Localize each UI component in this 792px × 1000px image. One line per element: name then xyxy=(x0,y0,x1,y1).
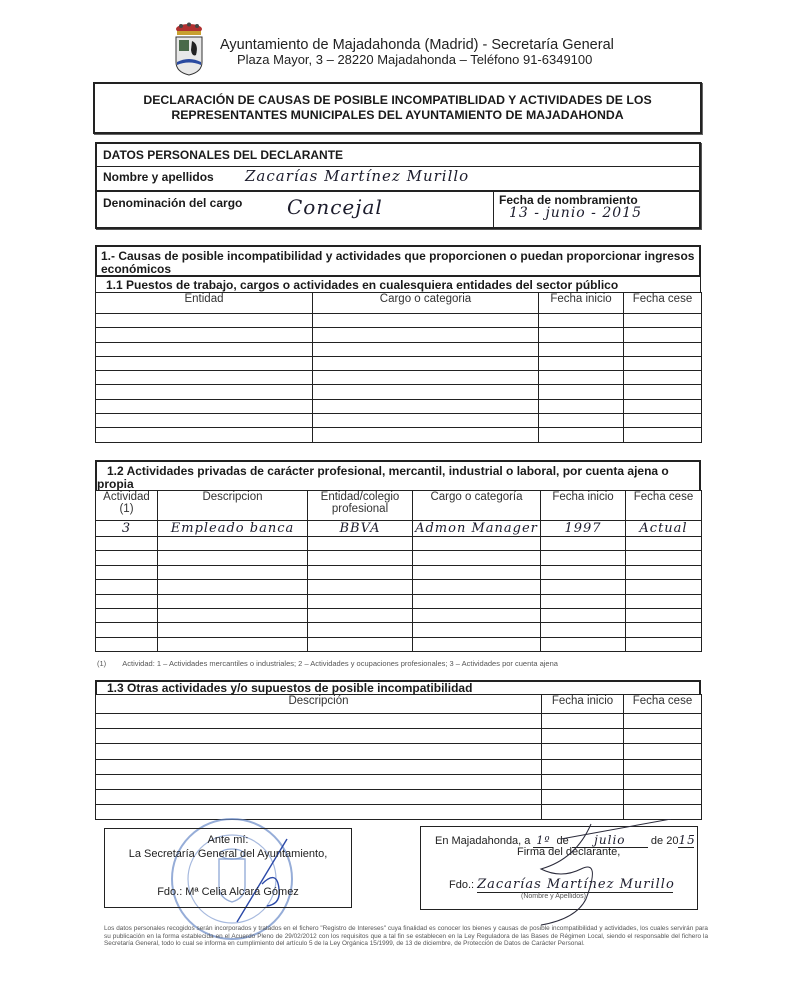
table-cell[interactable]: Empleado banca xyxy=(158,521,308,537)
table-cell[interactable]: Admon Manager xyxy=(413,521,541,537)
footnote-text: Actividad: 1 – Actividades mercantiles o… xyxy=(122,659,558,668)
table-cell[interactable] xyxy=(541,623,626,637)
table-cell[interactable] xyxy=(539,385,624,399)
position-label: Denominación del cargo xyxy=(103,196,242,210)
table-cell[interactable] xyxy=(96,371,313,385)
table-cell[interactable] xyxy=(313,328,539,342)
table-row: 3Empleado bancaBBVAAdmon Manager1997Actu… xyxy=(96,521,702,537)
table-header-row: DescripciónFecha inicioFecha cese xyxy=(96,695,702,714)
name-row: Nombre y apellidos Zacarías Martínez Mur… xyxy=(97,166,699,192)
secretary-signer: Fdo.: Mª Celia Alcará Gómez xyxy=(105,886,351,898)
position-field[interactable]: Concejal xyxy=(287,195,383,219)
table-cell[interactable] xyxy=(96,314,313,328)
table-cell[interactable] xyxy=(96,565,158,579)
table-cell[interactable] xyxy=(313,371,539,385)
table-cell[interactable] xyxy=(541,565,626,579)
column-header: Entidad xyxy=(96,293,313,314)
table-cell[interactable] xyxy=(541,537,626,551)
column-header: Fecha cese xyxy=(624,695,702,714)
table-row xyxy=(96,729,702,744)
table-row xyxy=(96,744,702,759)
table-cell[interactable] xyxy=(313,428,539,442)
table-row xyxy=(96,594,702,608)
table-cell[interactable] xyxy=(541,580,626,594)
column-header: Descripcion xyxy=(158,491,308,521)
table-cell[interactable] xyxy=(542,789,624,804)
table-cell[interactable] xyxy=(624,744,702,759)
table-cell[interactable] xyxy=(541,594,626,608)
table-cell[interactable] xyxy=(542,729,624,744)
before-me-label: Ante mí: xyxy=(105,834,351,846)
table-cell[interactable] xyxy=(539,428,624,442)
institution-line: Ayuntamiento de Majadahonda (Madrid) - S… xyxy=(220,37,614,53)
table-cell[interactable] xyxy=(624,371,702,385)
table-cell[interactable] xyxy=(96,551,158,565)
divider xyxy=(493,191,494,227)
name-label: Nombre y apellidos xyxy=(103,170,214,184)
table-cell[interactable] xyxy=(626,594,702,608)
table-cell[interactable] xyxy=(413,623,541,637)
table-row xyxy=(96,637,702,651)
declarant-signature-icon xyxy=(481,819,681,929)
table-cell[interactable] xyxy=(624,805,702,820)
table-cell[interactable] xyxy=(96,594,158,608)
table-cell[interactable] xyxy=(624,399,702,413)
table-cell[interactable] xyxy=(539,414,624,428)
table-row xyxy=(96,428,702,442)
table-cell[interactable] xyxy=(413,608,541,622)
table-cell[interactable] xyxy=(96,759,542,774)
table-cell[interactable] xyxy=(308,637,413,651)
table-cell[interactable] xyxy=(308,594,413,608)
section13-title: 1.3 Otras actividades y/o supuestos de p… xyxy=(95,680,701,695)
table-cell[interactable] xyxy=(96,399,313,413)
table-cell[interactable] xyxy=(96,385,313,399)
table-cell[interactable] xyxy=(158,623,308,637)
table-cell[interactable] xyxy=(539,328,624,342)
table-cell[interactable] xyxy=(541,608,626,622)
table-cell[interactable] xyxy=(413,580,541,594)
table-cell[interactable] xyxy=(96,342,313,356)
document-title-line1: DECLARACIÓN DE CAUSAS DE POSIBLE INCOMPA… xyxy=(143,93,651,108)
table-cell[interactable] xyxy=(626,565,702,579)
table-row xyxy=(96,537,702,551)
section1-title: 1.- Causas de posible incompatibilidad y… xyxy=(95,245,701,277)
column-header: Fecha inicio xyxy=(542,695,624,714)
table-cell[interactable] xyxy=(542,744,624,759)
name-field[interactable]: Zacarías Martínez Murillo xyxy=(245,167,469,185)
fdo-label: Fdo.: xyxy=(449,879,474,891)
table-cell[interactable] xyxy=(626,637,702,651)
column-header: Entidad/colegio profesional xyxy=(308,491,413,521)
public-sector-table: EntidadCargo o categoriaFecha inicioFech… xyxy=(95,292,702,443)
table-cell[interactable] xyxy=(96,637,158,651)
appointment-date-field[interactable]: 13 - junio - 2015 xyxy=(509,205,642,221)
table-cell[interactable] xyxy=(624,356,702,370)
table-cell[interactable] xyxy=(626,580,702,594)
table-cell[interactable] xyxy=(624,314,702,328)
table-cell[interactable] xyxy=(96,428,313,442)
table-cell[interactable] xyxy=(539,342,624,356)
personal-data-section: DATOS PERSONALES DEL DECLARANTE Nombre y… xyxy=(95,142,701,229)
table-cell[interactable] xyxy=(96,774,542,789)
table-row xyxy=(96,580,702,594)
table-cell[interactable] xyxy=(539,371,624,385)
table-cell[interactable] xyxy=(96,608,158,622)
table-cell[interactable] xyxy=(542,805,624,820)
table-cell[interactable] xyxy=(626,551,702,565)
table-row xyxy=(96,551,702,565)
table-cell[interactable] xyxy=(158,551,308,565)
table-cell[interactable] xyxy=(96,714,542,729)
column-header: Fecha inicio xyxy=(541,491,626,521)
declarant-signature-box: En Majadahonda, a 1º de julio de 2015 Fi… xyxy=(420,826,698,910)
table-row xyxy=(96,789,702,804)
table-cell[interactable] xyxy=(313,414,539,428)
section11-title: 1.1 Puestos de trabajo, cargos o activid… xyxy=(95,277,701,293)
table-cell[interactable] xyxy=(413,565,541,579)
section12-title: 1.2 Actividades privadas de carácter pro… xyxy=(95,460,701,490)
secretary-title: La Secretaría General del Ayuntamiento, xyxy=(105,848,351,860)
table-row xyxy=(96,328,702,342)
table-cell[interactable] xyxy=(413,551,541,565)
table-row xyxy=(96,385,702,399)
table-cell[interactable] xyxy=(624,759,702,774)
column-header: Fecha inicio xyxy=(539,293,624,314)
table-header-row: EntidadCargo o categoriaFecha inicioFech… xyxy=(96,293,702,314)
table-cell[interactable] xyxy=(624,342,702,356)
table-cell[interactable] xyxy=(624,385,702,399)
table-cell[interactable] xyxy=(308,537,413,551)
table-cell[interactable] xyxy=(158,565,308,579)
table-cell[interactable]: 1997 xyxy=(541,521,626,537)
table-cell[interactable]: Actual xyxy=(626,521,702,537)
column-header: Descripción xyxy=(96,695,542,714)
table-row xyxy=(96,714,702,729)
section12-title-line1: 1.2 Actividades privadas de carácter pro… xyxy=(97,465,699,478)
table-cell[interactable] xyxy=(413,637,541,651)
personal-data-title: DATOS PERSONALES DEL DECLARANTE xyxy=(103,148,343,162)
table-cell[interactable] xyxy=(308,551,413,565)
table-cell[interactable] xyxy=(624,714,702,729)
private-activities-table: Actividad (1)DescripcionEntidad/colegio … xyxy=(95,490,702,652)
table-cell[interactable] xyxy=(542,714,624,729)
table-header-row: Actividad (1)DescripcionEntidad/colegio … xyxy=(96,491,702,521)
table-cell[interactable] xyxy=(308,580,413,594)
table-cell[interactable] xyxy=(158,637,308,651)
table-cell[interactable] xyxy=(158,580,308,594)
table-cell[interactable] xyxy=(624,414,702,428)
other-activities-table: DescripciónFecha inicioFecha cese xyxy=(95,694,702,820)
table-cell[interactable] xyxy=(541,637,626,651)
table-cell[interactable] xyxy=(158,594,308,608)
table-cell[interactable] xyxy=(96,414,313,428)
table-cell[interactable] xyxy=(413,594,541,608)
column-header: Fecha cese xyxy=(626,491,702,521)
table-row xyxy=(96,759,702,774)
table-cell[interactable] xyxy=(96,729,542,744)
table-cell[interactable] xyxy=(624,789,702,804)
table-row xyxy=(96,399,702,413)
activity-footnote: (1) Actividad: 1 – Actividades mercantil… xyxy=(97,659,558,668)
table-cell[interactable] xyxy=(539,314,624,328)
table-cell[interactable] xyxy=(313,385,539,399)
table-cell[interactable] xyxy=(541,551,626,565)
table-cell[interactable] xyxy=(96,623,158,637)
table-row xyxy=(96,565,702,579)
table-row xyxy=(96,314,702,328)
table-row xyxy=(96,414,702,428)
table-cell[interactable] xyxy=(96,328,313,342)
table-cell[interactable] xyxy=(96,537,158,551)
table-cell[interactable] xyxy=(96,805,542,820)
table-cell[interactable] xyxy=(96,356,313,370)
table-cell[interactable] xyxy=(96,744,542,759)
table-cell[interactable] xyxy=(313,356,539,370)
position-row: Denominación del cargo Concejal Fecha de… xyxy=(97,191,699,227)
table-cell[interactable] xyxy=(413,537,541,551)
table-cell[interactable] xyxy=(624,328,702,342)
column-header: Actividad (1) xyxy=(96,491,158,521)
table-cell[interactable] xyxy=(542,759,624,774)
table-cell[interactable] xyxy=(626,623,702,637)
personal-data-header: DATOS PERSONALES DEL DECLARANTE xyxy=(97,144,699,167)
column-header: Cargo o categoría xyxy=(413,491,541,521)
table-cell[interactable] xyxy=(539,399,624,413)
table-cell[interactable] xyxy=(624,774,702,789)
table-cell[interactable] xyxy=(308,608,413,622)
data-protection-notice: Los datos personales recogidos serán inc… xyxy=(104,925,708,948)
address-line: Plaza Mayor, 3 – 28220 Majadahonda – Tel… xyxy=(237,52,592,67)
table-row xyxy=(96,356,702,370)
secretary-signature-box: Ante mí: La Secretaría General del Ayunt… xyxy=(104,828,352,908)
table-cell[interactable] xyxy=(96,789,542,804)
table-cell[interactable] xyxy=(624,729,702,744)
table-cell[interactable] xyxy=(539,356,624,370)
table-row xyxy=(96,623,702,637)
table-row xyxy=(96,371,702,385)
table-cell[interactable] xyxy=(624,428,702,442)
document-title-line2: REPRESENTANTES MUNICIPALES DEL AYUNTAMIE… xyxy=(171,108,623,123)
table-cell[interactable]: 3 xyxy=(96,521,158,537)
table-row xyxy=(96,774,702,789)
table-cell[interactable] xyxy=(542,774,624,789)
coat-of-arms-icon xyxy=(172,22,206,76)
table-cell[interactable] xyxy=(158,608,308,622)
table-row xyxy=(96,608,702,622)
table-cell[interactable] xyxy=(308,623,413,637)
table-cell[interactable] xyxy=(313,342,539,356)
table-cell[interactable] xyxy=(308,565,413,579)
document-title: DECLARACIÓN DE CAUSAS DE POSIBLE INCOMPA… xyxy=(93,82,702,134)
table-cell[interactable] xyxy=(313,314,539,328)
table-cell[interactable] xyxy=(158,537,308,551)
table-cell[interactable] xyxy=(626,537,702,551)
footnote-marker: (1) xyxy=(97,659,106,668)
table-cell[interactable] xyxy=(313,399,539,413)
table-cell[interactable]: BBVA xyxy=(308,521,413,537)
column-header: Cargo o categoria xyxy=(313,293,539,314)
table-cell[interactable] xyxy=(626,608,702,622)
column-header: Fecha cese xyxy=(624,293,702,314)
table-cell[interactable] xyxy=(96,580,158,594)
table-row xyxy=(96,342,702,356)
